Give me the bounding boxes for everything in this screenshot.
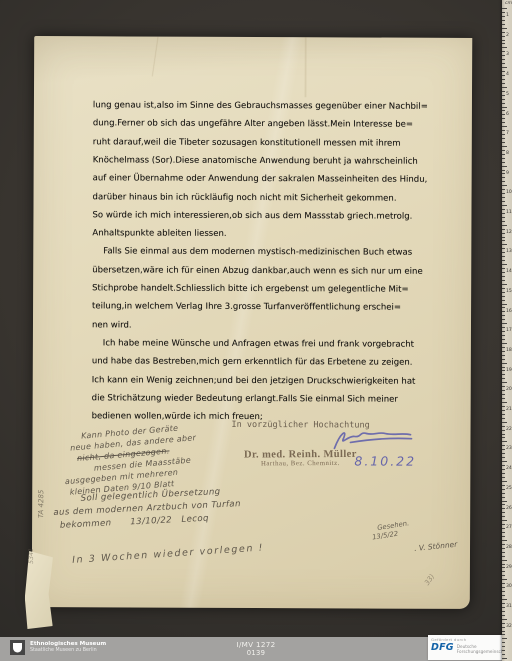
handwritten-note-bottom: In 3 Wochen wieder vorlegen ! xyxy=(72,542,265,566)
ruler-number: 18 xyxy=(506,348,512,353)
ruler-number: 16 xyxy=(506,309,512,314)
scanned-letter-page: lung genau ist,also im Sinne des Gebrauc… xyxy=(32,36,472,609)
ruler-tick xyxy=(502,213,505,214)
ruler-tick xyxy=(502,43,505,44)
ruler-tick xyxy=(502,374,505,375)
cm-ruler: cm 1234567891011121314151617181920212223… xyxy=(502,0,512,661)
ruler-tick xyxy=(502,611,505,612)
ruler-tick xyxy=(502,489,505,490)
typed-line-17: die Strichätzung wieder Bedeutung erlang… xyxy=(92,393,398,404)
ruler-number: 27 xyxy=(506,525,512,530)
ruler-tick xyxy=(502,418,505,419)
ruler-tick xyxy=(502,434,505,435)
handwritten-note-right: Gesehen. 13/5/22 . V. Stönner xyxy=(372,522,512,523)
ruler-tick xyxy=(502,276,505,277)
ruler-number: 11 xyxy=(506,210,512,215)
ruler-tick xyxy=(502,237,505,238)
ruler-tick xyxy=(502,118,505,119)
typed-line-14: Ich habe meine Wünsche und Anfragen etwa… xyxy=(92,338,414,349)
ruler-tick xyxy=(502,351,505,352)
ruler-tick xyxy=(502,516,505,517)
ruler-tick xyxy=(502,185,507,186)
ruler-tick xyxy=(502,461,507,462)
ruler-tick xyxy=(502,327,505,328)
ruler-number: 14 xyxy=(506,269,512,274)
ruler-tick xyxy=(502,12,505,13)
ruler-tick xyxy=(502,323,507,324)
ruler-tick xyxy=(502,410,505,411)
ruler-tick xyxy=(502,146,507,147)
ruler-tick xyxy=(502,114,505,115)
ruler-tick xyxy=(502,355,505,356)
typed-line-6: darüber hinaus bin ich rückläufig noch n… xyxy=(93,192,397,203)
ruler-tick xyxy=(502,398,505,399)
ruler-number: 20 xyxy=(506,387,512,392)
ruler-tick xyxy=(502,209,505,210)
ruler-tick xyxy=(502,623,505,624)
ruler-number: 5 xyxy=(506,92,509,97)
ruler-tick xyxy=(502,221,505,222)
ruler-tick xyxy=(502,575,505,576)
ruler-tick xyxy=(502,591,505,592)
ruler-number: 21 xyxy=(506,407,512,412)
ruler-unit-label: cm xyxy=(505,1,512,6)
ruler-tick xyxy=(502,536,505,537)
ruler-tick xyxy=(502,508,505,509)
ruler-tick xyxy=(502,603,505,604)
typed-line-15: und habe das Bestreben,mich gern erkennt… xyxy=(92,356,413,367)
ruler-tick xyxy=(502,512,505,513)
ruler-tick xyxy=(502,288,505,289)
ruler-tick xyxy=(502,497,505,498)
ruler-tick xyxy=(502,166,507,167)
ruler-tick xyxy=(502,67,507,68)
ruler-tick xyxy=(502,55,505,56)
ruler-tick xyxy=(502,465,505,466)
signature-date: 8.10.22 xyxy=(354,453,416,468)
ruler-tick xyxy=(502,272,505,273)
ruler-tick xyxy=(502,296,505,297)
ruler-tick xyxy=(502,504,505,505)
ruler-tick xyxy=(502,445,505,446)
ruler-tick xyxy=(502,343,507,344)
ruler-tick xyxy=(502,138,505,139)
ruler-tick xyxy=(502,394,505,395)
ruler-tick xyxy=(502,240,505,241)
ruler-tick xyxy=(502,315,505,316)
ruler-tick xyxy=(502,359,505,360)
viewer-footer-bar: Ethnologisches Museum Staatliche Museen … xyxy=(0,637,512,661)
dfg-logo: Gefördert durch DFG Deutsche Forschungsg… xyxy=(428,635,502,660)
margin-number-vertical-2: 5341 xyxy=(28,548,35,564)
ruler-tick xyxy=(502,390,505,391)
ruler-number: 8 xyxy=(506,151,509,156)
ruler-tick xyxy=(502,110,505,111)
ruler-tick xyxy=(502,217,505,218)
typed-line-1: lung genau ist,also im Sinne des Gebrauc… xyxy=(93,100,428,111)
typed-line-8: Anhaltspunkte ableiten liessen. xyxy=(92,228,226,239)
ruler-tick xyxy=(502,367,505,368)
ruler-tick xyxy=(502,382,507,383)
ruler-number: 31 xyxy=(506,604,512,609)
ruler-number: 24 xyxy=(506,466,512,471)
ruler-tick xyxy=(502,260,505,261)
ruler-tick xyxy=(502,36,505,37)
typed-line-10: übersetzen,wäre ich für einen Abzug dank… xyxy=(92,265,423,276)
ruler-tick xyxy=(502,493,505,494)
ruler-tick xyxy=(502,189,505,190)
ruler-tick xyxy=(502,642,505,643)
seen-signature: . V. Stönner xyxy=(414,540,458,553)
ruler-tick xyxy=(502,51,505,52)
ruler-tick xyxy=(502,378,505,379)
ruler-tick xyxy=(502,599,507,600)
ruler-tick xyxy=(502,95,505,96)
ruler-tick xyxy=(502,654,505,655)
ruler-tick xyxy=(502,59,505,60)
ruler-number: 9 xyxy=(506,171,509,176)
dfg-full-name: Deutsche Forschungsgemeinschaft xyxy=(457,644,497,654)
ruler-number: 26 xyxy=(506,506,512,511)
ruler-tick xyxy=(502,16,505,17)
ruler-tick xyxy=(502,402,507,403)
ruler-number: 29 xyxy=(506,565,512,570)
ruler-tick xyxy=(502,63,505,64)
ruler-tick xyxy=(502,292,505,293)
typed-line-9: Falls Sie einmal aus dem modernen mystis… xyxy=(92,247,412,258)
paper-crease xyxy=(151,37,159,77)
seen-date: 13/5/22 xyxy=(372,530,399,542)
typed-line-7: So würde ich mich interessieren,ob sich … xyxy=(92,210,412,221)
ruler-tick xyxy=(502,658,507,659)
ruler-tick xyxy=(502,177,505,178)
ruler-tick xyxy=(502,284,507,285)
ruler-tick xyxy=(502,8,507,9)
ruler-tick xyxy=(502,225,507,226)
ruler-tick xyxy=(502,437,505,438)
typed-line-16: Ich kann ein Wenig zeichnen;und bei den … xyxy=(92,375,416,386)
dfg-wordmark: DFG Deutsche Forschungsgemeinschaft xyxy=(431,643,499,654)
ruler-tick xyxy=(502,540,507,541)
ruler-tick xyxy=(502,441,507,442)
ruler-tick xyxy=(502,304,507,305)
ruler-tick xyxy=(502,170,505,171)
ruler-tick xyxy=(502,485,505,486)
ruler-tick xyxy=(502,347,505,348)
ruler-tick xyxy=(502,426,505,427)
typed-line-3: ruht darauf,weil die Tibeter sozusagen k… xyxy=(93,137,401,148)
dfg-acronym: DFG xyxy=(431,643,454,652)
ruler-tick xyxy=(502,307,505,308)
ruler-tick xyxy=(502,571,505,572)
ruler-number: 6 xyxy=(506,112,509,117)
ruler-tick xyxy=(502,634,505,635)
ruler-tick xyxy=(502,532,505,533)
ruler-number: 32 xyxy=(506,624,512,629)
ruler-tick xyxy=(502,280,505,281)
ruler-tick xyxy=(502,386,505,387)
margin-number-vertical: TA 4285 xyxy=(37,490,45,519)
ruler-tick xyxy=(502,449,505,450)
ruler-tick xyxy=(502,453,505,454)
ruler-tick xyxy=(502,193,505,194)
ruler-number: 1 xyxy=(506,13,509,18)
ruler-number: 4 xyxy=(506,72,509,77)
ruler-tick xyxy=(502,173,505,174)
typed-line-5: auf einer Übernahme oder Anwendung der s… xyxy=(93,173,428,184)
ruler-tick xyxy=(502,457,505,458)
ruler-tick xyxy=(502,646,505,647)
ruler-tick xyxy=(502,619,507,620)
ruler-tick xyxy=(502,331,505,332)
ruler-tick xyxy=(502,430,505,431)
ruler-tick xyxy=(502,579,507,580)
ruler-tick xyxy=(502,268,505,269)
ruler-number: 13 xyxy=(506,249,512,254)
ruler-tick xyxy=(502,142,505,143)
ruler-number: 3 xyxy=(506,52,509,57)
corner-pencil-note: 33) xyxy=(423,573,436,587)
paper-crease xyxy=(304,37,307,97)
ruler-tick xyxy=(502,229,505,230)
ruler-tick xyxy=(502,32,505,33)
ruler-tick xyxy=(502,233,505,234)
ruler-number: 28 xyxy=(506,545,512,550)
ruler-tick xyxy=(502,473,505,474)
ruler-tick xyxy=(502,201,505,202)
ruler-tick xyxy=(502,134,505,135)
ruler-number: 15 xyxy=(506,289,512,294)
ruler-number: 2 xyxy=(506,33,509,38)
ruler-number: 12 xyxy=(506,230,512,235)
typed-line-4: Knöchelmass (Sor).Diese anatomische Anwe… xyxy=(93,155,418,166)
ruler-tick xyxy=(502,363,507,364)
ruler-number: 19 xyxy=(506,368,512,373)
ruler-tick xyxy=(502,248,505,249)
ruler-tick xyxy=(502,406,505,407)
ruler-number: 22 xyxy=(506,427,512,432)
ruler-tick xyxy=(502,469,505,470)
typed-line-13: nen wird. xyxy=(92,320,132,330)
ruler-tick xyxy=(502,158,505,159)
ruler-tick xyxy=(502,300,505,301)
typed-text-block: lung genau ist,also im Sinne des Gebrauc… xyxy=(93,100,469,102)
ruler-tick xyxy=(502,75,505,76)
ruler-tick xyxy=(502,520,507,521)
ruler-number: 23 xyxy=(506,446,512,451)
ruler-tick xyxy=(502,567,505,568)
ruler-tick xyxy=(502,587,505,588)
ruler-tick xyxy=(502,47,507,48)
typed-line-11: Stichprobe handelt.Schliesslich bitte ic… xyxy=(92,283,409,294)
ruler-number: 10 xyxy=(506,190,512,195)
ruler-tick xyxy=(502,339,505,340)
ruler-tick xyxy=(502,91,505,92)
ruler-tick xyxy=(502,79,505,80)
ruler-tick xyxy=(502,370,505,371)
ruler-tick xyxy=(502,99,505,100)
ruler-tick xyxy=(502,564,505,565)
ruler-tick xyxy=(502,87,507,88)
ruler-number: 25 xyxy=(506,486,512,491)
typed-line-2: dung.Ferner ob sich das ungefähre Alter … xyxy=(93,119,413,130)
signature-flourish xyxy=(328,426,416,454)
ruler-tick xyxy=(502,552,505,553)
ruler-tick xyxy=(502,631,505,632)
ruler-number: 7 xyxy=(506,131,509,136)
ruler-tick xyxy=(502,40,505,41)
ruler-tick xyxy=(502,524,505,525)
ruler-tick xyxy=(502,83,505,84)
typed-line-12: teilung,in welchem Verlag Ihre 3.grosse … xyxy=(92,302,401,313)
ruler-tick xyxy=(502,244,507,245)
ruler-tick xyxy=(502,252,505,253)
ruler-tick xyxy=(502,638,507,639)
ruler-tick xyxy=(502,197,505,198)
ruler-tick xyxy=(502,28,507,29)
ruler-tick xyxy=(502,414,505,415)
ruler-tick xyxy=(502,264,507,265)
ruler-tick xyxy=(502,528,505,529)
ruler-tick xyxy=(502,122,505,123)
ruler-tick xyxy=(502,477,505,478)
ruler-tick xyxy=(502,501,507,502)
ruler-tick xyxy=(502,103,505,104)
ruler-tick xyxy=(502,544,505,545)
ruler-tick xyxy=(502,422,507,423)
ruler-tick xyxy=(502,335,505,336)
ruler-tick xyxy=(502,126,507,127)
ruler-tick xyxy=(502,205,507,206)
ruler-tick xyxy=(502,607,505,608)
ruler-tick xyxy=(502,595,505,596)
ruler-tick xyxy=(502,20,505,21)
ruler-tick xyxy=(502,162,505,163)
ruler-tick xyxy=(502,548,505,549)
ruler-tick xyxy=(502,71,505,72)
ruler-tick xyxy=(502,181,505,182)
ruler-tick xyxy=(502,150,505,151)
ruler-tick xyxy=(502,24,505,25)
ruler-tick xyxy=(502,107,507,108)
ruler-tick xyxy=(502,154,505,155)
ruler-number: 30 xyxy=(506,584,512,589)
ruler-tick xyxy=(502,650,505,651)
ruler-tick xyxy=(502,481,507,482)
ruler-tick xyxy=(502,556,505,557)
ruler-tick xyxy=(502,311,505,312)
ruler-tick xyxy=(502,319,505,320)
ruler-tick xyxy=(502,560,507,561)
ruler-tick xyxy=(502,130,505,131)
ruler-tick xyxy=(502,627,505,628)
ruler-tick xyxy=(502,256,505,257)
ruler-tick xyxy=(502,583,505,584)
ruler-tick xyxy=(502,615,505,616)
ruler-number: 17 xyxy=(506,328,512,333)
